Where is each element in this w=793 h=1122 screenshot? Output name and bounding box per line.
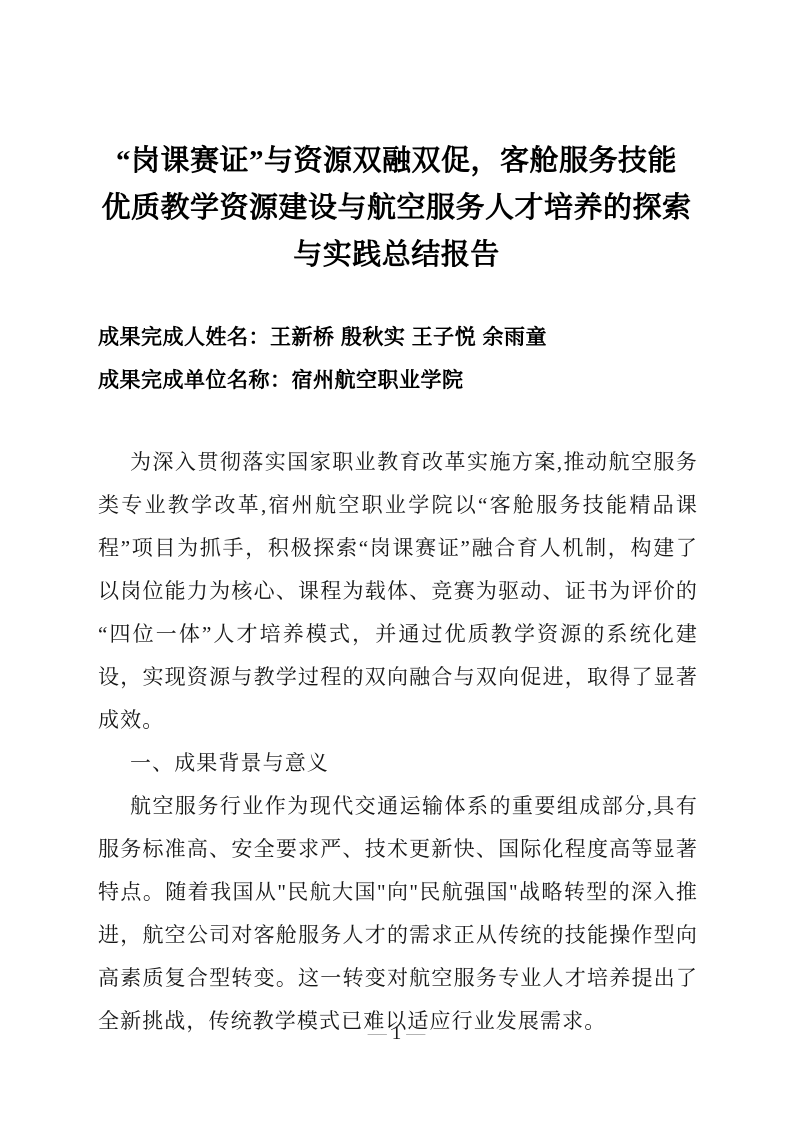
footer-dash-left: — [368,1023,387,1044]
document-page: “岗课赛证”与资源双融双促，客舱服务技能 优质教学资源建设与航空服务人才培养的探… [0,0,793,1122]
document-body: 为深入贯彻落实国家职业教育改革实施方案,推动航空服务类专业教学改革,宿州航空职业… [0,441,793,1043]
paragraph: 航空服务行业作为现代交通运输体系的重要组成部分,具有服务标准高、安全要求严、技术… [98,785,698,1043]
title-line: 优质教学资源建设与航空服务人才培养的探索 [50,185,743,232]
document-title: “岗课赛证”与资源双融双促，客舱服务技能 优质教学资源建设与航空服务人才培养的探… [0,0,793,279]
organization-line: 成果完成单位名称：宿州航空职业学院 [98,359,698,402]
meta-block: 成果完成人姓名：王新桥 殷秋实 王子悦 余雨童 成果完成单位名称：宿州航空职业学… [0,316,793,402]
paragraph: 为深入贯彻落实国家职业教育改革实施方案,推动航空服务类专业教学改革,宿州航空职业… [98,441,698,742]
page-number: 1 [392,1023,402,1044]
page-footer: —1— [0,1022,793,1046]
title-line: “岗课赛证”与资源双融双促，客舱服务技能 [50,138,743,185]
authors-line: 成果完成人姓名：王新桥 殷秋实 王子悦 余雨童 [98,316,698,359]
organization-label: 成果完成单位名称： [98,369,292,392]
authors-label: 成果完成人姓名： [98,326,270,349]
title-line: 与实践总结报告 [50,232,743,279]
organization-name: 宿州航空职业学院 [292,369,464,392]
authors-names: 王新桥 殷秋实 王子悦 余雨童 [270,326,547,349]
footer-dash-right: — [406,1023,425,1044]
paragraph: 一、成果背景与意义 [98,742,698,785]
